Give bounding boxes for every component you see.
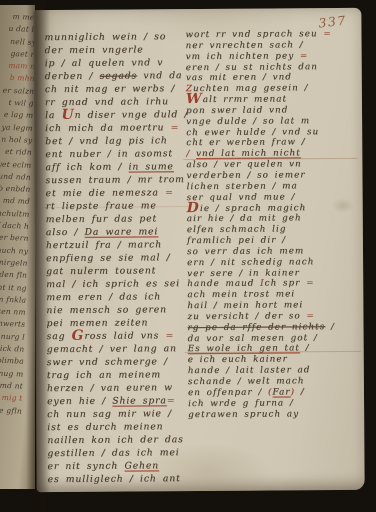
manuscript-line: er nit synch Gehen [47,459,189,473]
ink-text: ch nun sag mir wie / [47,408,172,420]
ink-text: e nurg l [0,331,25,341]
rubric-text: / [186,149,196,159]
ink-text: framlich pei dir / [187,235,286,246]
manuscript-line: getrawen spruch ay [188,408,356,420]
ink-text: pon swer laid vnd [186,105,288,116]
ink-text: b enbdn [0,184,31,194]
manuscript-line: munniglich wein / so [44,30,186,44]
manuscript-line: bet / vnd lag pis ich [45,134,187,148]
manuscript-line: also / Da ware mei [46,225,188,239]
verso-line: am fnkla [0,293,27,307]
ink-text: mem eren / das ich [46,291,161,303]
line-filler-dash: = [167,395,175,406]
manuscript-line: pei memen zeiten [46,316,188,330]
ink-text: er nit synch [47,461,124,473]
manuscript-line: sussen traum / mr trom [45,173,187,187]
ink-text: vnge dulde / so lat m [186,116,310,127]
ink-text: gaet n [11,49,35,59]
manuscript-line: gestillen / das ich mei [47,446,189,460]
folio-number: 337 [317,13,347,31]
text-column-left: munniglich wein / soder mein vngerleip /… [44,30,189,486]
verso-line: b enbdn [0,182,31,196]
ink-text: er bern [0,233,29,243]
manuscript-line: hertzuil fra / march [46,238,188,252]
ink-text: hande / lait laster ad [188,365,311,376]
verso-line: un den fln [0,268,28,282]
verso-line: e lag m [0,109,34,123]
manuscript-line: ch nun sag mir wie / [47,407,189,421]
ink-text: lichen sterben / ma [187,181,298,192]
ink-text: herzen / van euren w [47,382,173,394]
manuscript-line: trag ich an meinem [47,368,189,382]
manuscript-line: wort rr vnd sprach seu = [185,29,353,41]
ink-text: e ich euch kainer [188,355,288,366]
manuscript-line: ip / al quelen vnd v [45,56,187,70]
verso-line: nwerts [0,318,26,332]
ink-text: munniglich wein / so [44,31,166,43]
ink-text: Gehen [124,460,159,471]
manuscript-line: melben fur das pet [46,212,188,226]
manuscript-page: 337 munniglich wein / soder mein vngerle… [33,8,364,492]
ink-text: snuch ny [0,245,29,255]
manuscript-line: et mie die nemesza = [46,186,188,200]
ink-text: n plimba [0,356,25,366]
rubric-text: b mhn [10,73,35,83]
manuscript-line: mem eren / das ich [46,290,188,304]
ink-text: melben fur das pet [46,213,157,225]
manuscript-line: ent nuber / in asomst [45,147,187,161]
line-filler-dash: = [306,279,313,289]
ink-text: er salzn [3,85,35,95]
manuscript-line: herzen / van euren w [47,381,189,395]
verso-line: md md [0,195,31,209]
manuscript-line: sag Gross laid vns = [47,329,189,343]
ink-text: u dat b [9,24,35,34]
ink-text: f dach h [0,221,30,231]
manuscript-line: ch nit mag er werbs / [45,82,187,96]
rubric-initial: U [61,107,74,123]
ink-text: nchultm [0,208,30,218]
ink-text: / [325,322,335,332]
ink-text: derben / [45,71,100,82]
line-filler-dash: = [306,311,313,321]
ink-text: naillen kon ich der das [47,434,183,446]
verso-text-block: m melu dat bnell sygaet nmam nb mhner sa… [0,10,35,417]
ink-text: vm ich nichten pey [186,51,300,62]
ink-text: ip / al quelen vnd v [45,57,164,69]
ink-text: hande maud [187,279,260,290]
ink-text: e lag m [4,110,34,120]
ink-text: nie mensch so geren [46,304,167,316]
ink-text: sussen traum / mr trom [45,174,184,186]
ink-text: ver sere / in kainer [187,268,300,279]
ink-text: so verr das ich mem [187,246,304,257]
ink-text: pei memen zeiten [46,317,148,329]
ink-text: schande / welt mach [188,376,305,387]
ink-text: gat nulerm tousent [46,265,156,277]
manuscript-line: swer vnd schmerge / [47,355,189,369]
verso-line: f dach h [0,219,30,233]
ink-text: et mie die nemesza [46,187,165,199]
manuscript-line: nie mensch so geren [46,303,188,317]
ink-text: Es wole ich gen tat [188,344,300,355]
ink-text: gestillen / das ich mei [47,447,179,459]
verso-line: er umd nt [0,379,24,393]
ink-text: Da ware mei [85,226,159,238]
ink-text: vnd da [137,70,182,81]
ink-text: segads [100,70,138,81]
ink-text: ya legm [2,122,34,132]
ink-text: bet / vnd lag pis ich [45,135,168,147]
manuscript-line: ich mich da moertru = [45,121,187,135]
verso-line: ch ye gfln [0,404,23,418]
verso-line: e nurg l [0,330,26,344]
ink-text: enpfieng se sie mal / [46,252,171,264]
ink-text: hertzuil fra / march [46,239,162,251]
ink-text: er umd nt [0,380,24,390]
ink-text: ch spr [265,279,307,289]
verso-line: rten nm [0,305,26,319]
ink-text: es mulliglech / ich ant [48,473,181,485]
manuscript-line: rt liepste fraue me [46,199,188,213]
rubric-text: mam n [9,61,35,71]
manuscript-line: la Un diser vnge duld / [45,108,187,122]
verso-line: nd nug m [0,367,24,381]
line-filler-dash: = [165,330,173,341]
ink-text: gemacht / ver lang an [47,343,177,355]
ink-text: verderben / so iemer [186,170,305,181]
manuscript-line: mal / ich sprich es sei [46,277,188,291]
ink-text: ich wrde g furna / [188,398,294,409]
ink-text: und ndn [0,171,32,181]
verso-line: n plimba [0,354,25,368]
ink-text: air hie / da mit geh [187,214,302,225]
ink-text: ich mich da moertru [45,122,171,134]
ink-text: m mel [13,12,35,22]
ink-text: alt rrmr menat [203,94,287,105]
manuscript-line: der mein vngerle [45,43,187,57]
ink-text: ach mein trost mei [187,290,295,301]
ink-text: / [300,344,310,354]
line-filler-dash: = [300,51,307,61]
line-filler-dash: = [165,187,173,198]
ink-text: swer vnd schmerge / [47,356,168,368]
verso-line: ant it ng [0,281,27,295]
line-filler-dash: = [323,29,330,39]
manuscript-line: ist es durch meinen [47,420,189,434]
verso-line: nchultm [0,207,30,221]
manuscript-line: rg pe da rffe der nichts / [188,322,356,334]
ink-text: rt liepste fraue me [46,200,157,212]
ink-text: also / [46,227,85,238]
ink-text: ross laid vns [84,330,165,342]
ink-text: trag ich an meinem [47,369,161,381]
ink-text: nd nug m [0,368,24,378]
ink-text: yet eclm [0,159,32,169]
ink-text: ent nuber / in asomst [45,148,173,160]
ink-text: in sume [128,161,173,172]
ink-text: eyen hie / [47,396,112,407]
ink-text: da vor sal mesen got / [188,333,318,344]
rubric-initial: W [186,91,203,107]
text-column-right: wort rr vnd sprach seu =ner vnrechten sa… [185,29,356,421]
manuscript-line: enpfieng se sie mal / [46,251,188,265]
ink-text: rten nm [0,307,26,317]
ink-text: der mein vngerle [45,44,144,56]
ink-text: ern / nit schedig nach [187,257,314,268]
ink-text: nwerts [0,319,26,329]
ink-text: en offenpar / [188,387,268,398]
ink-text: n hol sy [2,135,33,145]
verso-line: et ridn [0,146,33,160]
verso-line: if dick dn [0,342,25,356]
ink-text: am fnkla [0,294,27,304]
rubric-initial: G [72,328,85,344]
verso-page-edge: m melu dat bnell sygaet nmam nb mhner sa… [0,5,35,489]
ink-text: aff ich kom / [45,161,128,173]
ink-text: vas mit eren / vnd [186,73,292,84]
line-filler-dash: = [171,122,179,133]
ink-text: wort rr vnd sprach seu [185,29,323,40]
verso-line: yet eclm [0,158,32,172]
ink-text: / [295,387,305,397]
ink-text: la [45,110,62,121]
ink-text: ant it ng [0,282,27,292]
ink-text: et ridn [5,147,32,157]
verso-line: er salzn [0,84,35,98]
ink-text: sag [47,331,72,342]
ink-text: ist es durch meinen [47,421,163,433]
ink-text: Far [273,387,291,397]
ink-text: ch ewer hulde / vnd su [186,127,319,138]
ink-text: n diser vnge duld / [75,109,189,121]
ink-text: ch nit mag er werbs / [45,83,175,95]
manuscript-line: eyen hie / Shie spra= [47,394,189,408]
ink-text: ie / sprach magich [200,203,306,214]
ink-text: vnd lat mich nicht [196,149,301,160]
manuscript-line: naillen kon ich der das [47,433,189,447]
verso-line: und ndn [0,170,32,184]
ink-text: Shie spra [112,395,167,406]
ink-text: uchten mag gesein / [193,83,309,94]
ink-text: ch ye gfln [0,405,23,416]
manuscript-line: gat nulerm tousent [46,264,188,278]
ink-text: nirgeln [0,258,28,268]
ink-text: cht er werben fraw / [186,138,306,149]
verso-line: nirgeln [0,256,28,270]
manuscript-line: derben / segads vnd da [45,69,187,83]
verso-line: snuch ny [0,244,29,258]
verso-line: er bern [0,232,29,246]
verso-line: ya legm [0,121,34,135]
manuscript-line: es mulliglech / ich ant [48,472,190,486]
rubric-text: sp mig t [0,393,23,403]
photo-background: { "page": { "folio_number": "337", "colo… [0,0,376,512]
ink-text: un den fln [0,269,28,280]
ink-text: hail / mein hort mei [187,300,303,311]
ink-text: zu versicht / der so [187,311,306,322]
ink-text: t wil g [9,98,35,108]
ink-text: getrawen spruch ay [188,409,299,420]
ink-text: also / ver quelen vn [186,159,301,170]
ink-text: md md [3,196,31,206]
manuscript-line: aff ich kom / in sume [45,160,187,174]
verso-line: n hol sy [0,133,33,147]
ink-text: rg pe da rffe der nichts [188,322,326,333]
ink-text: ser qual vnd mue / [187,192,296,203]
verso-line: sp mig t [0,391,23,405]
ink-text: ner vnrechten sach / [186,40,304,51]
manuscript-line: gemacht / ver lang an [47,342,189,356]
ink-text: nell sy [11,37,35,47]
ink-text: elfen schmach lig [187,225,287,236]
ink-text: eren / su st nichts dan [186,62,318,73]
ink-text: mal / ich sprich es sei [46,278,180,290]
ink-text: if dick dn [0,343,25,353]
